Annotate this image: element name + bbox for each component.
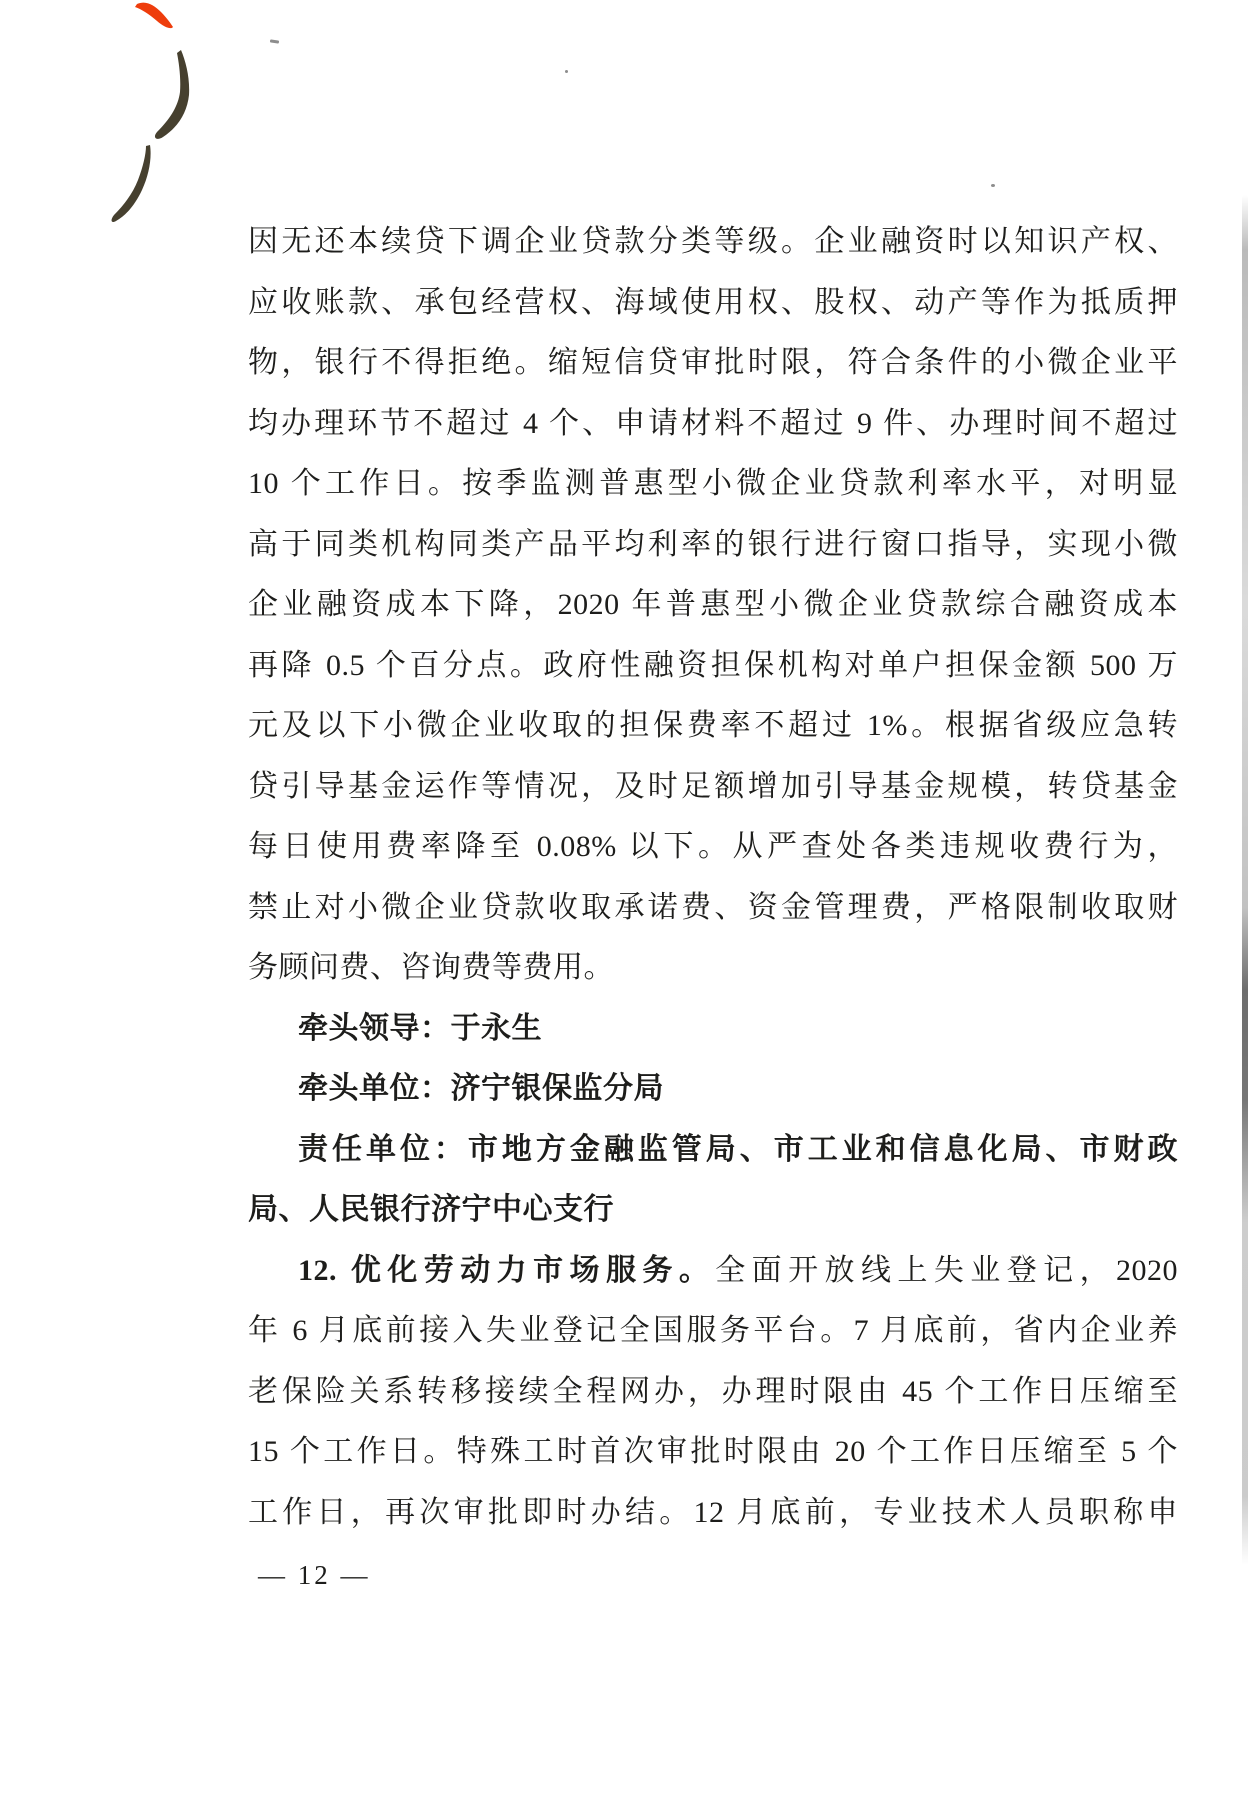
scan-speck (991, 184, 995, 187)
text-line: 因无还本续贷下调企业贷款分类等级。企业融资时以知识产权、 (248, 212, 1178, 273)
text-line: 务顾问费、咨询费等费用。 (248, 938, 1178, 999)
page-number: — 12 — (258, 1560, 371, 1591)
ink-stroke-lower-icon (112, 145, 151, 222)
text-line: 贷引导基金运作等情况，及时足额增加引导基金规模，转贷基金 (248, 757, 1178, 818)
item12-first-line: 12. 优化劳动力市场服务。全面开放线上失业登记，2020 (248, 1241, 1178, 1302)
text-line: 15 个工作日。特殊工时首次审批时限由 20 个工作日压缩至 5 个 (248, 1422, 1178, 1483)
text-line: 应收账款、承包经营权、海域使用权、股权、动产等作为抵质押 (248, 273, 1178, 334)
text-line: 每日使用费率降至 0.08% 以下。从严查处各类违规收费行为， (248, 817, 1178, 878)
responsible-unit-line: 局、人民银行济宁中心支行 (248, 1180, 1178, 1241)
text-line: 物，银行不得拒绝。缩短信贷审批时限，符合条件的小微企业平 (248, 333, 1178, 394)
item12-first-line-rest: 全面开放线上失业登记，2020 (715, 1254, 1178, 1287)
text-line: 再降 0.5 个百分点。政府性融资担保机构对单户担保金额 500 万 (248, 636, 1178, 697)
red-pen-stroke-icon (135, 3, 173, 29)
text-line: 均办理环节不超过 4 个、申请材料不超过 9 件、办理时间不超过 (248, 394, 1178, 455)
page-edge-shadow (1242, 195, 1248, 1565)
ink-stroke-upper-icon (155, 50, 189, 139)
text-line: 老保险关系转移接续全程网办，办理时限由 45 个工作日压缩至 (248, 1362, 1178, 1423)
responsible-unit-line: 责任单位：市地方金融监管局、市工业和信息化局、市财政 (248, 1120, 1178, 1181)
text-line: 企业融资成本下降，2020 年普惠型小微企业贷款综合融资成本 (248, 575, 1178, 636)
scan-speck (565, 70, 568, 73)
scan-speck (270, 39, 279, 43)
text-line: 年 6 月底前接入失业登记全国服务平台。7 月底前，省内企业养 (248, 1301, 1178, 1362)
text-line: 高于同类机构同类产品平均利率的银行进行窗口指导，实现小微 (248, 515, 1178, 576)
text-line: 元及以下小微企业收取的担保费率不超过 1%。根据省级应急转 (248, 696, 1178, 757)
item12-title: 12. 优化劳动力市场服务。 (298, 1254, 715, 1287)
text-line: 10 个工作日。按季监测普惠型小微企业贷款利率水平，对明显 (248, 454, 1178, 515)
body-text: 因无还本续贷下调企业贷款分类等级。企业融资时以知识产权、 应收账款、承包经营权、… (248, 212, 1178, 1543)
lead-unit-line: 牵头单位：济宁银保监分局 (248, 1059, 1178, 1120)
lead-leader-line: 牵头领导：于永生 (248, 999, 1178, 1060)
text-line: 工作日，再次审批即时办结。12 月底前，专业技术人员职称申 (248, 1483, 1178, 1544)
document-page: 因无还本续贷下调企业贷款分类等级。企业融资时以知识产权、 应收账款、承包经营权、… (0, 0, 1249, 1813)
text-line: 禁止对小微企业贷款收取承诺费、资金管理费，严格限制收取财 (248, 878, 1178, 939)
